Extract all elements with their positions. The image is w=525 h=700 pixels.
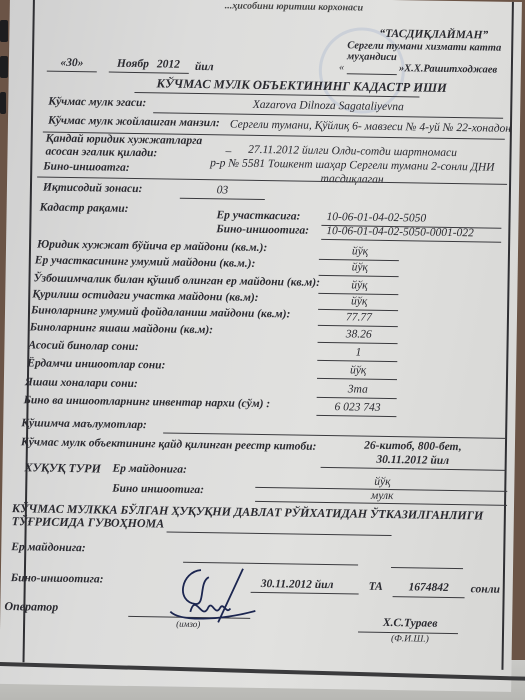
operator-name: Х.С.Тураев (360, 617, 460, 631)
date-year: 2012 (157, 58, 180, 70)
certificate-series: ТА (369, 581, 383, 593)
legal-docs-label: Қандай юридик хужжатларга (46, 133, 203, 147)
certificate-title-2: ТЎҒРИСИДА ГУВОҲНОМА (12, 514, 165, 531)
approver-position-2: муҳандиси (347, 51, 397, 63)
cadastre-building-label: Бино-иншоотига: (216, 223, 309, 236)
right-type-land-label: Ер майдонига: (112, 463, 187, 476)
field-label: Асосий бинолар сони: (28, 339, 138, 353)
cadastre-label: Кадастр рақами: (40, 201, 129, 214)
signature-icon (160, 561, 261, 633)
field-value: 3та (319, 383, 397, 396)
cadastre-land-value: 10-06-01-04-02-5050 (326, 211, 426, 225)
approve-title: “ТАСДИҚЛАЙМАН” (379, 28, 488, 42)
cadastre-document-page: ...ҳисобини юритиш корхонаси “ТАСДИҚЛАЙМ… (0, 0, 522, 692)
date-day: «30» (47, 57, 97, 70)
field-value: 1 (319, 346, 397, 359)
operator-label: Оператор (4, 599, 58, 615)
date-month: Ноябр (117, 58, 149, 71)
right-type-label: ХУҚУҚ ТУРИ (24, 460, 101, 476)
additional-label: Қўшимча маълумотлар: (21, 417, 147, 431)
certificate-number-suffix: сонли (471, 583, 500, 595)
owner-label: Кўчмас мулк эгаси: (48, 96, 146, 110)
certificate-date: 30.11.2012 йил (261, 578, 334, 591)
field-value: йўқ (321, 245, 399, 258)
certificate-land-label: Ер майдонига: (11, 541, 86, 554)
cadastre-land-label: Ер участкасига: (216, 209, 300, 222)
binding-ring (0, 56, 8, 78)
field-value: йўқ (320, 295, 398, 308)
header-cut-text: ...ҳисобини юритиш корхонаси (225, 0, 363, 13)
approver-name: »Х.Х.Рашитходжаев (399, 63, 497, 76)
field-label: Ёрдамчи иншоотлар сони: (27, 357, 165, 371)
field-value: йўқ (319, 364, 397, 377)
field-value: йўқ (321, 261, 399, 274)
field-label: Яшаш хоналари сони: (25, 376, 138, 390)
binding-ring (0, 20, 8, 42)
field-value: 6 023 743 (318, 401, 396, 414)
building-label: Бино-иншоатга: (43, 161, 129, 174)
economic-zone-value: 03 (180, 184, 265, 197)
certificate-building-label: Бино-иншоотига: (11, 572, 104, 585)
certificate-number: 1674842 (393, 581, 465, 594)
economic-zone-label: Иқтисодий зонаси: (43, 182, 143, 196)
field-value: 38.26 (320, 328, 398, 341)
cadastre-building-value: 10-06-01-04-02-5050-0001-022 (326, 225, 474, 239)
date-suffix: йил (195, 61, 214, 73)
operator-name-caption: (Ф.И.Ш.) (360, 634, 460, 646)
binding-ring (0, 92, 6, 114)
field-value: 77.77 (320, 311, 398, 324)
right-type-building-label: Бино иншоотига: (112, 483, 204, 496)
legal-docs-label-2: асосан эгалик қилади: (45, 146, 157, 160)
quote-open: « (339, 62, 344, 73)
field-value: йўқ (320, 279, 398, 292)
